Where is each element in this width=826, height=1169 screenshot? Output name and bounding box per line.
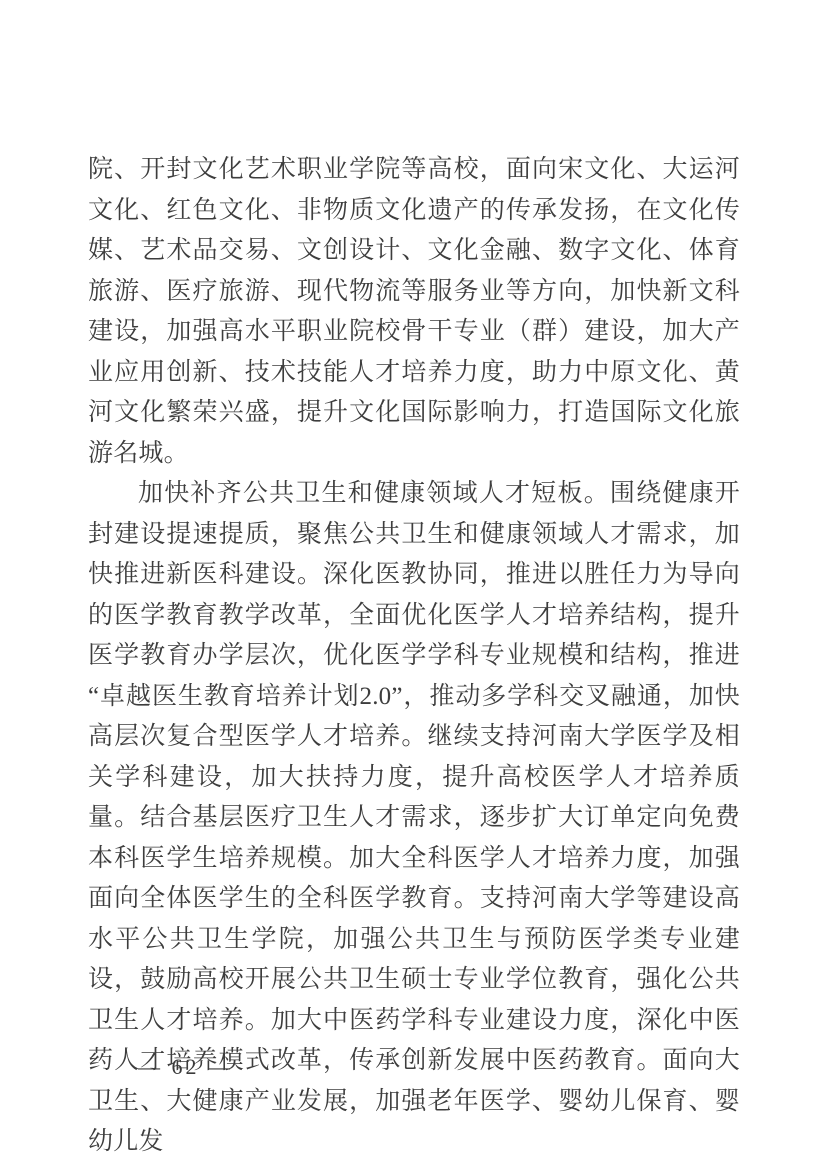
page-number: — 62 —	[138, 1054, 233, 1080]
document-body: 院、开封文化艺术职业学院等高校，面向宋文化、大运河文化、红色文化、非物质文化遗产…	[88, 150, 740, 1163]
document-page: 院、开封文化艺术职业学院等高校，面向宋文化、大运河文化、红色文化、非物质文化遗产…	[0, 0, 826, 1169]
paragraph-continuation: 院、开封文化艺术职业学院等高校，面向宋文化、大运河文化、红色文化、非物质文化遗产…	[88, 150, 740, 474]
